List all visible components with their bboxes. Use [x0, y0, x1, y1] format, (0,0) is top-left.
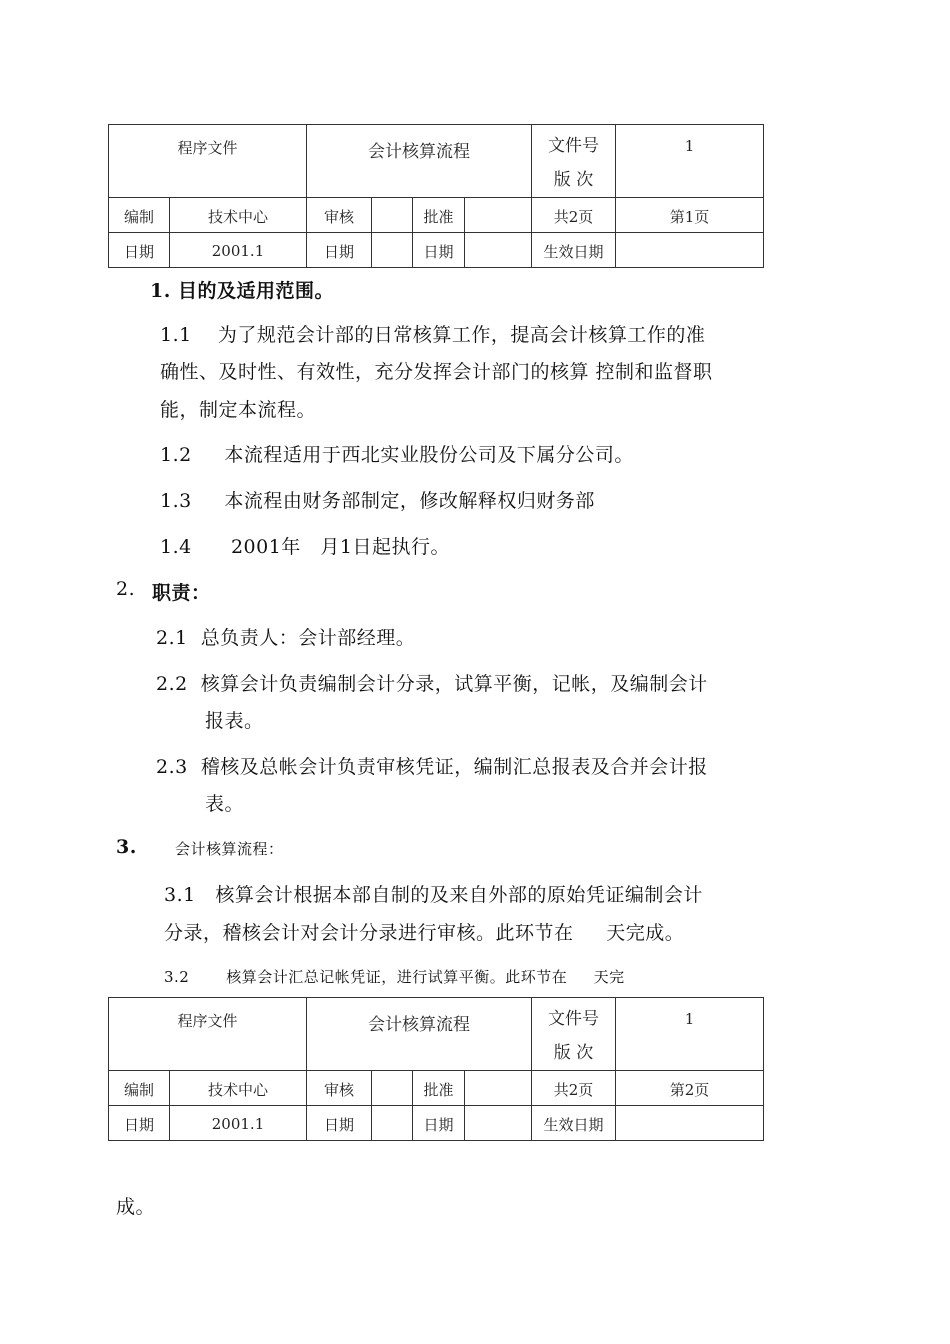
para-2-2-line-1: 2.2 核算会计负责编制会计分录，试算平衡，记帐，及编制会计	[156, 669, 708, 696]
section-3-heading: 会计核算流程：	[175, 838, 284, 859]
effective-date-value	[616, 1106, 764, 1141]
para-3-2-continuation: 成。	[116, 1192, 155, 1219]
section-1-heading: 1. 目的及适用范围。	[150, 276, 334, 303]
doc-no-version-label-cell: 文件号 版 次	[532, 998, 616, 1071]
review-date-label: 日期	[307, 1106, 372, 1141]
effective-date-label: 生效日期	[532, 233, 616, 268]
para-1-4: 1.4 2001年 月1日起执行。	[160, 532, 450, 559]
review-date-value	[372, 1106, 413, 1141]
section-2-heading: 职责：	[152, 578, 211, 605]
para-3-2: 3.2 核算会计汇总记帐凭证，进行试算平衡。此环节在 天完	[164, 966, 625, 987]
section-3-number: 3.	[116, 836, 137, 858]
version-label: 版 次	[532, 163, 615, 197]
review-value	[372, 198, 413, 233]
date-label: 日期	[109, 233, 170, 268]
para-3-1-line-1: 3.1 核算会计根据本部自制的及来自外部的原始凭证编制会计	[164, 880, 703, 907]
section-2-number: 2.	[116, 578, 135, 600]
page-number: 第2页	[616, 1071, 764, 1106]
approve-value	[465, 1071, 532, 1106]
doc-no-label: 文件号	[532, 1002, 615, 1036]
effective-date-value	[616, 233, 764, 268]
review-date-label: 日期	[307, 233, 372, 268]
compiled-label: 编制	[109, 1071, 170, 1106]
document-header-table-page-1: 程序文件 会计核算流程 文件号 版 次 1 编制 技术中心 审核 批准 共2页 …	[108, 124, 764, 268]
review-value	[372, 1071, 413, 1106]
doc-title-cell: 会计核算流程	[307, 125, 532, 198]
total-pages: 共2页	[532, 198, 616, 233]
approve-date-label: 日期	[413, 1106, 465, 1141]
version-value-cell: 1	[616, 998, 764, 1071]
para-2-1: 2.1 总负责人：会计部经理。	[156, 623, 415, 650]
doc-title-cell: 会计核算流程	[307, 998, 532, 1071]
doc-no-label: 文件号	[532, 129, 615, 163]
para-1-1-line-2: 确性、及时性、有效性，充分发挥会计部门的核算 控制和监督职	[160, 357, 713, 384]
doc-type-cell: 程序文件	[109, 125, 307, 198]
para-2-3-line-1: 2.3 稽核及总帐会计负责审核凭证，编制汇总报表及合并会计报	[156, 752, 708, 779]
compiled-label: 编制	[109, 198, 170, 233]
doc-no-version-label-cell: 文件号 版 次	[532, 125, 616, 198]
total-pages: 共2页	[532, 1071, 616, 1106]
para-1-1-line-1: 1.1 为了规范会计部的日常核算工作，提高会计核算工作的准	[160, 320, 705, 347]
review-date-value	[372, 233, 413, 268]
review-label: 审核	[307, 198, 372, 233]
approve-date-value	[465, 233, 532, 268]
date-value: 2001.1	[170, 1106, 307, 1141]
version-value-cell: 1	[616, 125, 764, 198]
approve-date-value	[465, 1106, 532, 1141]
date-label: 日期	[109, 1106, 170, 1141]
review-label: 审核	[307, 1071, 372, 1106]
para-2-2-line-2: 报表。	[205, 706, 264, 733]
version-label: 版 次	[532, 1036, 615, 1070]
effective-date-label: 生效日期	[532, 1106, 616, 1141]
compiled-value: 技术中心	[170, 1071, 307, 1106]
document-header-table-page-2: 程序文件 会计核算流程 文件号 版 次 1 编制 技术中心 审核 批准 共2页 …	[108, 997, 764, 1141]
date-value: 2001.1	[170, 233, 307, 268]
para-2-3-line-2: 表。	[205, 789, 244, 816]
page-number: 第1页	[616, 198, 764, 233]
compiled-value: 技术中心	[170, 198, 307, 233]
para-1-3: 1.3 本流程由财务部制定，修改解释权归财务部	[160, 486, 595, 513]
doc-type-cell: 程序文件	[109, 998, 307, 1071]
approve-label: 批准	[413, 1071, 465, 1106]
approve-date-label: 日期	[413, 233, 465, 268]
para-1-2: 1.2 本流程适用于西北实业股份公司及下属分公司。	[160, 440, 634, 467]
para-3-1-line-2: 分录，稽核会计对会计分录进行审核。此环节在 天完成。	[164, 918, 684, 945]
approve-value	[465, 198, 532, 233]
para-1-1-line-3: 能，制定本流程。	[160, 395, 316, 422]
approve-label: 批准	[413, 198, 465, 233]
